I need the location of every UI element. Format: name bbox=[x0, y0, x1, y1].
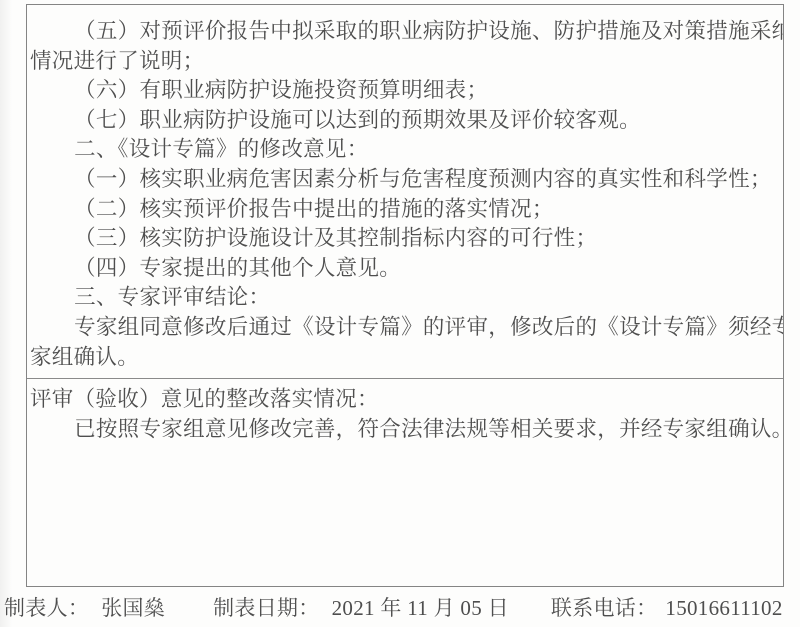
phone-value: 15016611102 bbox=[665, 596, 782, 621]
phone-label: 联系电话： bbox=[551, 592, 658, 622]
text-line: 家组确认。 bbox=[30, 343, 779, 373]
scan-edge-shadow bbox=[0, 0, 12, 627]
text-line: 情况进行了说明； bbox=[30, 47, 779, 77]
text-line: （五）对预评价报告中拟采取的职业病防护设施、防护措施及对策措施采纳 bbox=[30, 17, 779, 47]
date-value: 2021 年 11 月 05 日 bbox=[332, 592, 509, 622]
section-heading-design-revisions: 二、《设计专篇》的修改意见： bbox=[30, 135, 779, 165]
text-line: （一）核实职业病危害因素分析与危害程度预测内容的真实性和科学性； bbox=[30, 165, 779, 195]
section-heading-expert-conclusion: 三、专家评审结论： bbox=[30, 283, 779, 313]
rectification-heading: 评审（验收）意见的整改落实情况： bbox=[30, 385, 779, 415]
rectification-status-cell: 评审（验收）意见的整改落实情况： 已按照专家组意见修改完善，符合法律法规等相关要… bbox=[27, 379, 783, 588]
text-line: 专家组同意修改后通过《设计专篇》的评审，修改后的《设计专篇》须经专 bbox=[30, 313, 779, 343]
footer-row: 制表人： 张国燊 制表日期： 2021 年 11 月 05 日 联系电话： 15… bbox=[4, 592, 796, 622]
review-table: （五）对预评价报告中拟采取的职业病防护设施、防护措施及对策措施采纳 情况进行了说… bbox=[26, 4, 784, 587]
text-line: （三）核实防护设施设计及其控制指标内容的可行性； bbox=[30, 224, 779, 254]
text-line: （六）有职业病防护设施投资预算明细表； bbox=[30, 76, 779, 106]
text-line: （四）专家提出的其他个人意见。 bbox=[30, 254, 779, 284]
scanned-document-page: （五）对预评价报告中拟采取的职业病防护设施、防护措施及对策措施采纳 情况进行了说… bbox=[0, 0, 800, 627]
text-line: 已按照专家组意见修改完善，符合法律法规等相关要求，并经专家组确认。 bbox=[30, 415, 779, 445]
expert-review-opinions-cell: （五）对预评价报告中拟采取的职业病防护设施、防护措施及对策措施采纳 情况进行了说… bbox=[27, 5, 783, 379]
text-line: （七）职业病防护设施可以达到的预期效果及评价较客观。 bbox=[30, 106, 779, 136]
text-line: （二）核实预评价报告中提出的措施的落实情况； bbox=[30, 195, 779, 225]
preparer-label: 制表人： bbox=[4, 592, 89, 622]
preparer-name: 张国燊 bbox=[101, 592, 165, 622]
date-label: 制表日期： bbox=[213, 592, 320, 622]
